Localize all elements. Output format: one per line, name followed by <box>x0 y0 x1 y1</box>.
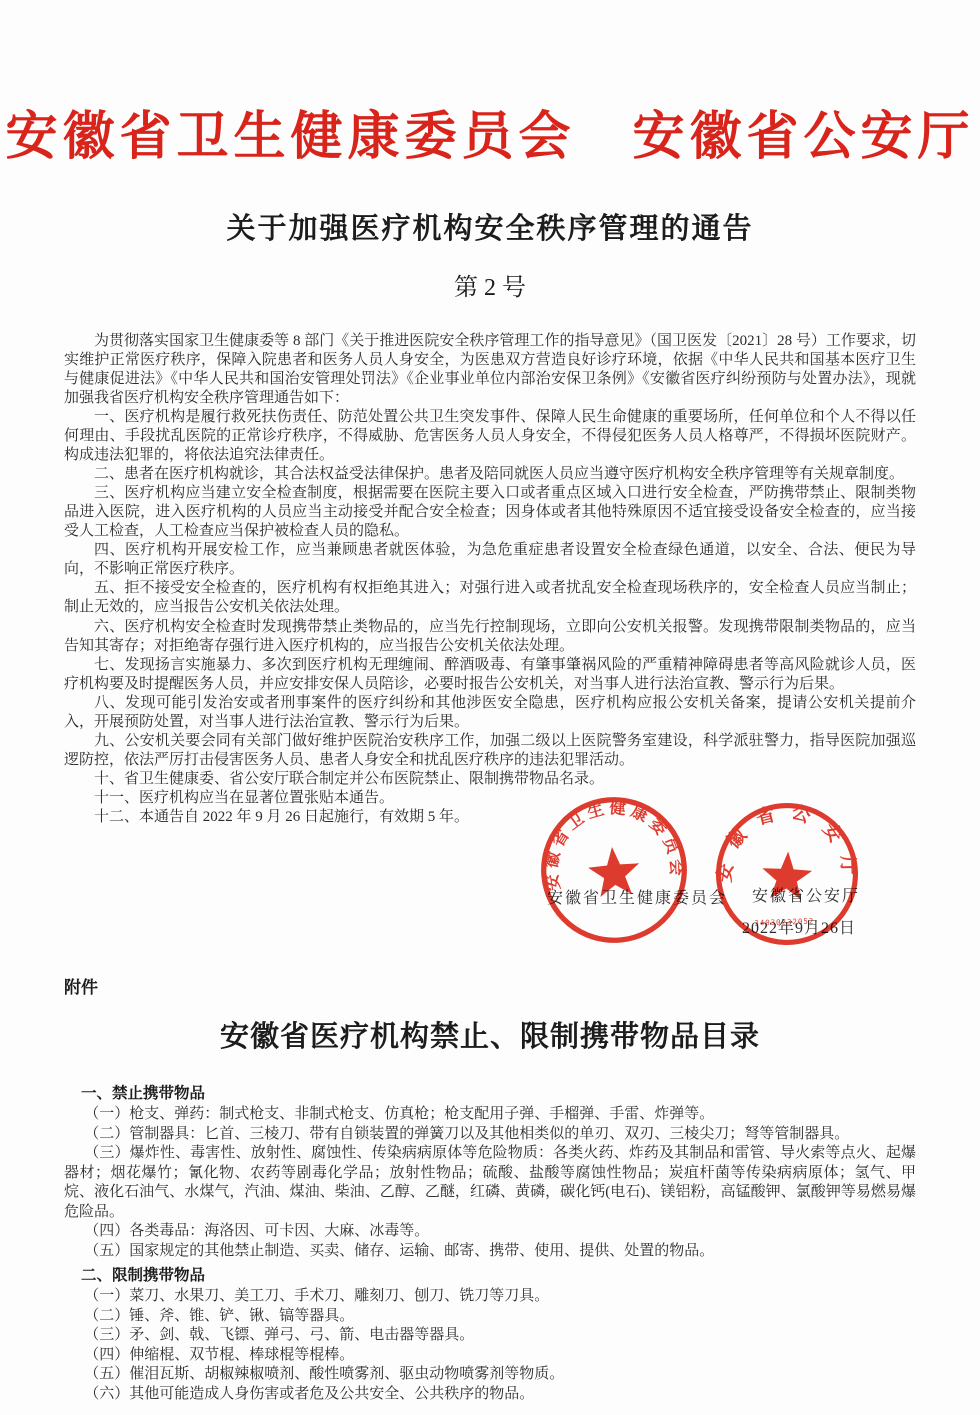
restricted-item-4: （四）伸缩棍、双节棍、棒球棍等棍棒。 <box>64 1346 916 1366</box>
restricted-item-2: （二）锤、斧、锥、铲、锹、镐等器具。 <box>64 1307 916 1327</box>
restricted-items-heading: 二、限制携带物品 <box>64 1263 916 1285</box>
document-page: 安徽省卫生健康委员会 安徽省公安厅 关于加强医疗机构安全秩序管理的通告 第 2 … <box>0 0 980 1415</box>
notice-item-11: 十一、医疗机构应当在显著位置张贴本通告。 <box>64 789 916 808</box>
restricted-item-6: （六）其他可能造成人身伤害或者危及公共安全、公共秩序的物品。 <box>64 1385 916 1405</box>
seal-star-icon <box>761 850 813 900</box>
prohibited-item-5: （五）国家规定的其他禁止制造、买卖、储存、运输、邮寄、携带、使用、提供、处置的物… <box>64 1242 916 1262</box>
restricted-item-1: （一）菜刀、水果刀、美工刀、手术刀、雕刻刀、刨刀、铣刀等刀具。 <box>64 1287 916 1307</box>
seal-star-icon <box>586 845 641 898</box>
notice-item-12: 十二、本通告自 2022 年 9 月 26 日起施行，有效期 5 年。 <box>64 808 916 827</box>
issue-date: 2022年9月26日 <box>742 915 856 938</box>
notice-body: 为贯彻落实国家卫生健康委等 8 部门《关于推进医院安全秩序管理工作的指导意见》（… <box>0 332 980 827</box>
notice-item-10: 十、省卫生健康委、省公安厅联合制定并公布医院禁止、限制携带物品名录。 <box>64 770 916 789</box>
prohibited-item-1: （一）枪支、弹药：制式枪支、非制式枪支、仿真枪；枪支配用子弹、手榴弹、手雷、炸弹… <box>64 1105 916 1125</box>
notice-item-2: 二、患者在医疗机构就诊，其合法权益受法律保护。患者及陪同就医人员应当遵守医疗机构… <box>64 465 916 484</box>
prohibited-item-3: （三）爆炸性、毒害性、放射性、腐蚀性、传染病病原体等危险物质：各类火药、炸药及其… <box>64 1144 916 1222</box>
issuing-authorities-header: 安徽省卫生健康委员会 安徽省公安厅 <box>0 0 980 168</box>
notice-item-6: 六、医疗机构安全检查时发现携带禁止类物品的，应当先行控制现场，立即向公安机关报警… <box>64 618 916 656</box>
notice-item-8: 八、发现可能引发治安或者刑事案件的医疗纠纷和其他涉医安全隐患，医疗机构应报公安机… <box>64 694 916 732</box>
notice-item-3: 三、医疗机构应当建立安全检查制度，根据需要在医院主要入口或者重点区域入口进行安全… <box>64 484 916 541</box>
notice-item-4: 四、医疗机构开展安检工作，应当兼顾患者就医体验，为急危重症患者设置安全检查绿色通… <box>64 541 916 579</box>
notice-title: 关于加强医疗机构安全秩序管理的通告 <box>0 206 980 247</box>
prohibited-item-2: （二）管制器具：匕首、三棱刀、带有自锁装置的弹簧刀以及其他相类似的单刃、双刃、三… <box>64 1125 916 1145</box>
notice-item-9: 九、公安机关要会同有关部门做好维护医院治安秩序工作，加强二级以上医院警务室建设，… <box>64 732 916 770</box>
seal-serial-number: 34030232052 <box>754 917 814 928</box>
notice-intro: 为贯彻落实国家卫生健康委等 8 部门《关于推进医院安全秩序管理工作的指导意见》（… <box>64 332 916 408</box>
attachment-title: 安徽省医疗机构禁止、限制携带物品目录 <box>64 1014 916 1055</box>
notice-item-5: 五、拒不接受安全检查的，医疗机构有权拒绝其进入；对强行进入或者扰乱安全检查现场秩… <box>64 579 916 617</box>
notice-item-7: 七、发现扬言实施暴力、多次到医疗机构无理缠闹、醉酒吸毒、有肇事肇祸风险的严重精神… <box>64 656 916 694</box>
prohibited-items-heading: 一、禁止携带物品 <box>64 1081 916 1103</box>
notice-number: 第 2 号 <box>0 267 980 302</box>
notice-item-1: 一、医疗机构是履行救死扶伤责任、防范处置公共卫生突发事件、保障人民生命健康的重要… <box>64 408 916 465</box>
attachment-section: 附件 安徽省医疗机构禁止、限制携带物品目录 一、禁止携带物品 （一）枪支、弹药：… <box>0 973 980 1404</box>
restricted-item-3: （三）矛、剑、戟、飞镖、弹弓、弓、箭、电击器等器具。 <box>64 1326 916 1346</box>
health-commission-signature: 安徽省卫生健康委员会 <box>547 885 727 908</box>
restricted-item-5: （五）催泪瓦斯、胡椒辣椒喷剂、酸性喷雾剂、驱虫动物喷雾剂等物质。 <box>64 1365 916 1385</box>
prohibited-item-4: （四）各类毒品：海洛因、可卡因、大麻、冰毒等。 <box>64 1222 916 1242</box>
public-security-signature: 安徽省公安厅 <box>752 883 860 906</box>
attachment-label: 附件 <box>64 973 916 998</box>
